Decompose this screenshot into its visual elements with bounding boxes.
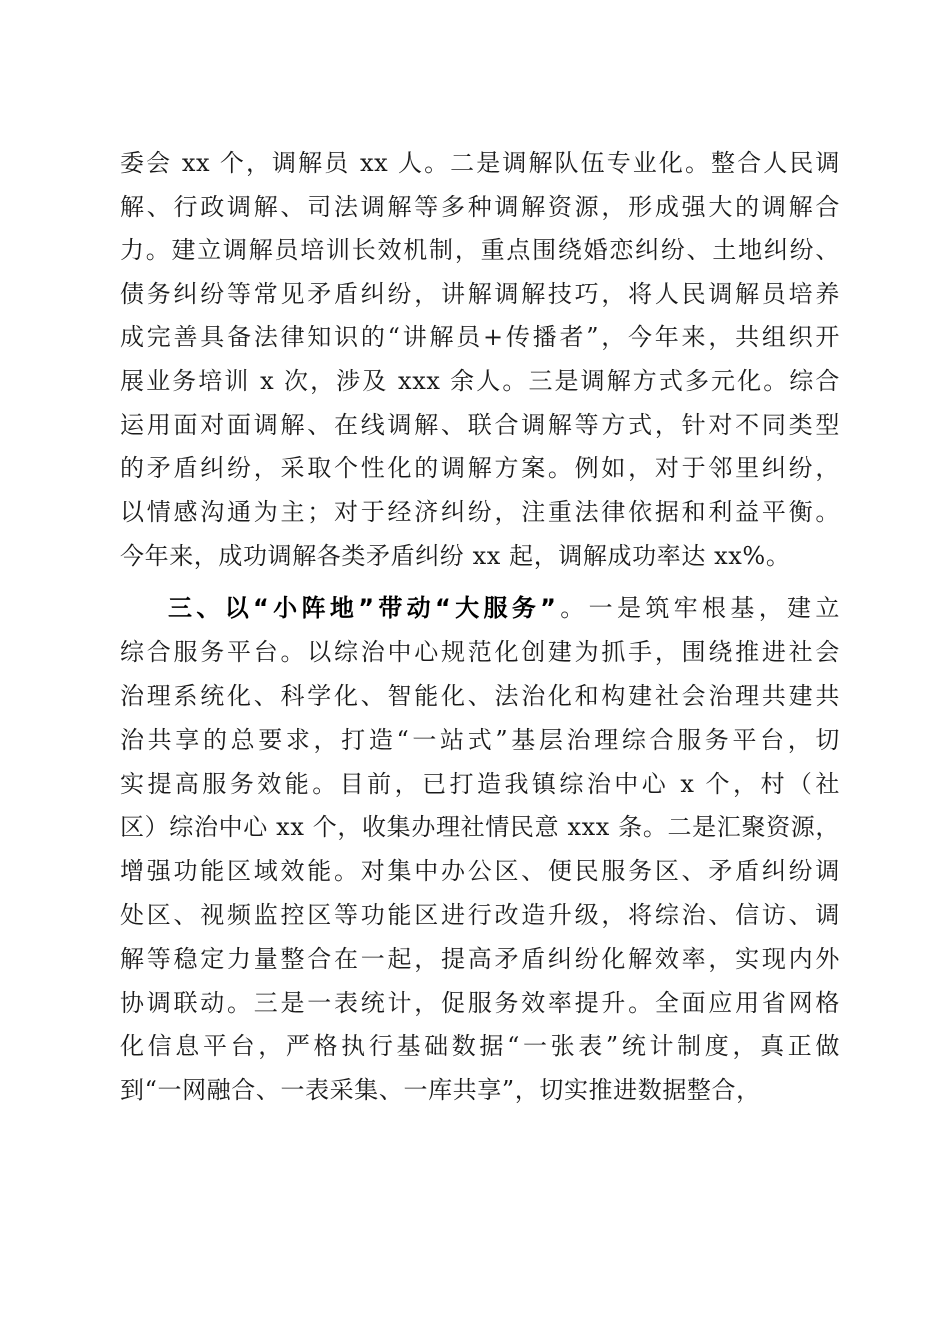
paragraph-line: 成完善具备法律知识的“讲解员+传播者”，今年来，共组织开	[120, 317, 840, 357]
paragraph-line: 化信息平台，严格执行基础数据“一张表”统计制度，真正做	[120, 1026, 840, 1066]
paragraph-line: 今年来，成功调解各类矛盾纠纷 xx 起，调解成功率达 xx%。	[120, 536, 840, 576]
paragraph-line: 治理系统化、科学化、智能化、法治化和构建社会治理共建共	[120, 676, 840, 716]
paragraph-line: 委会 xx 个，调解员 xx 人。二是调解队伍专业化。整合人民调	[120, 143, 840, 183]
document-page: 委会 xx 个，调解员 xx 人。二是调解队伍专业化。整合人民调 解、行政调解、…	[0, 0, 950, 1344]
paragraph-line: 到“一网融合、一表采集、一库共享”，切实推进数据整合，	[120, 1070, 840, 1110]
paragraph-line: 的矛盾纠纷，采取个性化的调解方案。例如，对于邻里纠纷，	[120, 448, 840, 488]
paragraph-line: 以情感沟通为主；对于经济纠纷，注重法律依据和利益平衡。	[120, 492, 840, 532]
paragraph-line: 处区、视频监控区等功能区进行改造升级，将综治、信访、调	[120, 895, 840, 935]
paragraph-line: 解、行政调解、司法调解等多种调解资源，形成强大的调解合	[120, 187, 840, 227]
paragraph-line: 协调联动。三是一表统计，促服务效率提升。全面应用省网格	[120, 983, 840, 1023]
paragraph-line: 展业务培训 x 次，涉及 xxx 余人。三是调解方式多元化。综合	[120, 361, 840, 401]
paragraph-line: 区）综治中心 xx 个，收集办理社情民意 xxx 条。二是汇聚资源，	[120, 807, 840, 847]
paragraph-line: 治共享的总要求，打造“一站式”基层治理综合服务平台，切	[120, 720, 840, 760]
paragraph-line: 债务纠纷等常见矛盾纠纷，讲解调解技巧，将人民调解员培养	[120, 274, 840, 314]
paragraph-line: 综合服务平台。以综治中心规范化创建为抓手，围绕推进社会	[120, 632, 840, 672]
paragraph-line: 解等稳定力量整合在一起，提高矛盾纠纷化解效率，实现内外	[120, 939, 840, 979]
paragraph-line: 运用面对面调解、在线调解、联合调解等方式，针对不同类型	[120, 405, 840, 445]
section-first-line: 三、以“小阵地”带动“大服务”。一是筑牢根基，建立	[168, 588, 840, 628]
paragraph-line: 力。建立调解员培训长效机制，重点围绕婚恋纠纷、土地纠纷、	[120, 230, 840, 270]
paragraph-line: 实提高服务效能。目前，已打造我镇综治中心 x 个，村（社	[120, 764, 840, 804]
paragraph-line: 增强功能区域效能。对集中办公区、便民服务区、矛盾纠纷调	[120, 851, 840, 891]
heading-continuation: 。一是筑牢根基，建立	[557, 594, 840, 622]
section-heading: 三、以“小阵地”带动“大服务”	[168, 594, 557, 622]
